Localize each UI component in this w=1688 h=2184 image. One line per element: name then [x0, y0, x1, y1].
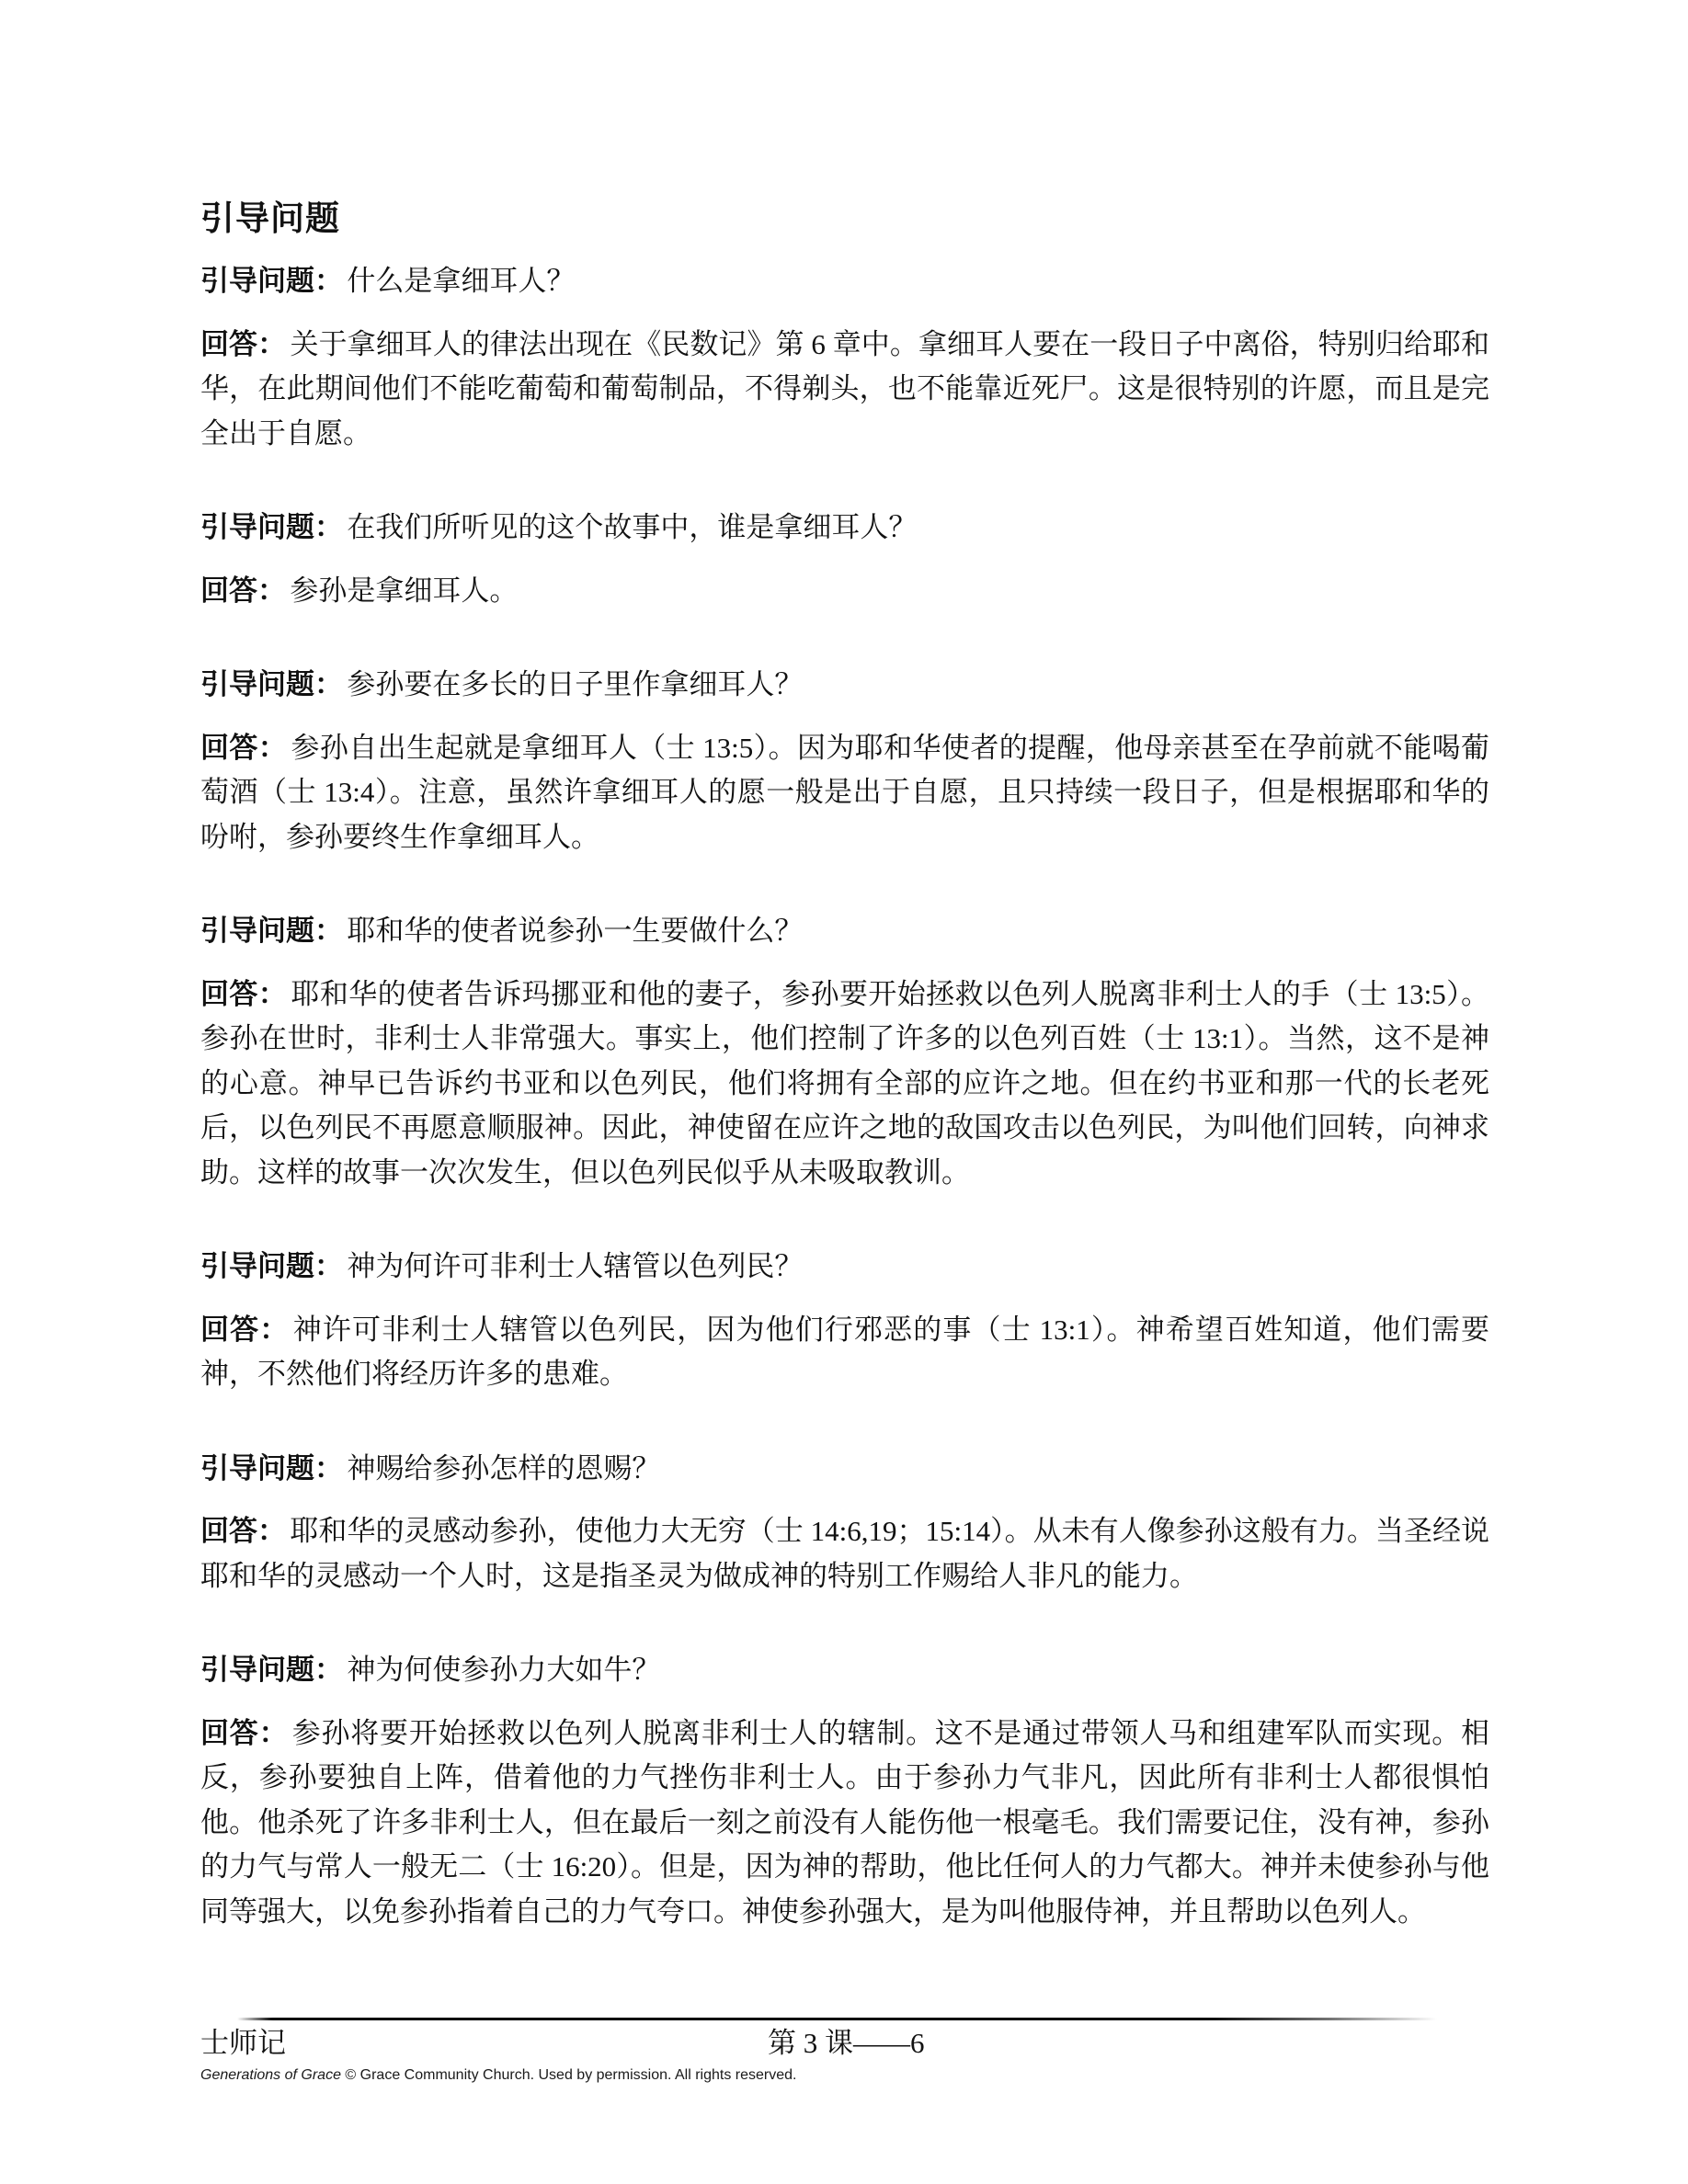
answer-text: 参孙将要开始拯救以色列人脱离非利士人的辖制。这不是通过带领人马和组建军队而实现。…: [200, 1717, 1489, 1928]
question-label: 引导问题：: [200, 668, 343, 700]
question-text: 在我们所听见的这个故事中，谁是拿细耳人？: [347, 511, 917, 543]
answer: 回答：耶和华的使者告诉玛挪亚和他的妻子，参孙要开始拯救以色列人脱离非利士人的手（…: [200, 973, 1489, 1196]
question-label: 引导问题：: [200, 915, 343, 947]
answer: 回答：参孙自出生起就是拿细耳人（士 13:5）。因为耶和华使者的提醒，他母亲甚至…: [200, 726, 1489, 860]
qa-block: 引导问题：神为何许可非利士人辖管以色列民？ 回答：神许可非利士人辖管以色列民，因…: [200, 1245, 1489, 1397]
page-title: 引导问题: [200, 195, 1489, 245]
answer-text: 耶和华的灵感动参孙，使他力大无穷（士 14:6,19；15:14）。从未有人像参…: [200, 1515, 1489, 1592]
question-label: 引导问题：: [200, 265, 343, 297]
qa-block: 引导问题：在我们所听见的这个故事中，谁是拿细耳人？ 回答：参孙是拿细耳人。: [200, 506, 1489, 613]
footer-page-number: 第 3 课——6: [768, 2023, 925, 2064]
answer-label: 回答：: [200, 574, 286, 607]
footer-divider: [237, 2018, 1437, 2020]
guiding-question: 引导问题：神赐给参孙怎样的恩赐？: [200, 1447, 1489, 1492]
qa-block: 引导问题：神为何使参孙力大如牛？ 回答：参孙将要开始拯救以色列人脱离非利士人的辖…: [200, 1648, 1489, 1934]
answer-label: 回答：: [200, 1515, 286, 1547]
qa-block: 引导问题：耶和华的使者说参孙一生要做什么？ 回答：耶和华的使者告诉玛挪亚和他的妻…: [200, 909, 1489, 1195]
footer: 士师记 第 3 课——6: [200, 2023, 1489, 2064]
question-text: 耶和华的使者说参孙一生要做什么？: [347, 915, 803, 947]
qa-block: 引导问题：参孙要在多长的日子里作拿细耳人？ 回答：参孙自出生起就是拿细耳人（士 …: [200, 663, 1489, 859]
question-label: 引导问题：: [200, 511, 343, 543]
guiding-question: 引导问题：神为何使参孙力大如牛？: [200, 1648, 1489, 1693]
question-text: 什么是拿细耳人？: [347, 265, 575, 297]
qa-block: 引导问题：什么是拿细耳人？ 回答：关于拿细耳人的律法出现在《民数记》第 6 章中…: [200, 259, 1489, 456]
answer: 回答：耶和华的灵感动参孙，使他力大无穷（士 14:6,19；15:14）。从未有…: [200, 1509, 1489, 1598]
answer-text: 耶和华的使者告诉玛挪亚和他的妻子，参孙要开始拯救以色列人脱离非利士人的手（士 1…: [200, 978, 1489, 1189]
answer-label: 回答：: [200, 1314, 289, 1346]
question-text: 神为何使参孙力大如牛？: [347, 1654, 660, 1686]
document-page: 引导问题 引导问题：什么是拿细耳人？ 回答：关于拿细耳人的律法出现在《民数记》第…: [0, 0, 1688, 2184]
answer-label: 回答：: [200, 978, 287, 1010]
copyright-line: Generations of Grace © Grace Community C…: [200, 2065, 797, 2086]
guiding-question: 引导问题：什么是拿细耳人？: [200, 259, 1489, 304]
guiding-question: 引导问题：耶和华的使者说参孙一生要做什么？: [200, 909, 1489, 954]
qa-block: 引导问题：神赐给参孙怎样的恩赐？ 回答：耶和华的灵感动参孙，使他力大无穷（士 1…: [200, 1447, 1489, 1599]
question-label: 引导问题：: [200, 1654, 343, 1686]
guiding-question: 引导问题：神为何许可非利士人辖管以色列民？: [200, 1245, 1489, 1290]
question-label: 引导问题：: [200, 1452, 343, 1484]
answer-label: 回答：: [200, 1717, 288, 1749]
copyright-series-name: Generations of Grace: [200, 2067, 341, 2083]
answer-text: 参孙自出生起就是拿细耳人（士 13:5）。因为耶和华使者的提醒，他母亲甚至在孕前…: [200, 732, 1489, 853]
answer-text: 参孙是拿细耳人。: [290, 574, 518, 607]
answer: 回答：神许可非利士人辖管以色列民，因为他们行邪恶的事（士 13:1）。神希望百姓…: [200, 1308, 1489, 1397]
answer: 回答：参孙将要开始拯救以色列人脱离非利士人的辖制。这不是通过带领人马和组建军队而…: [200, 1712, 1489, 1935]
guiding-question: 引导问题：参孙要在多长的日子里作拿细耳人？: [200, 663, 1489, 708]
question-text: 神赐给参孙怎样的恩赐？: [347, 1452, 660, 1484]
guiding-question: 引导问题：在我们所听见的这个故事中，谁是拿细耳人？: [200, 506, 1489, 551]
answer: 回答：关于拿细耳人的律法出现在《民数记》第 6 章中。拿细耳人要在一段日子中离俗…: [200, 323, 1489, 457]
answer-label: 回答：: [200, 732, 287, 764]
copyright-text: © Grace Community Church. Used by permis…: [345, 2067, 796, 2083]
question-label: 引导问题：: [200, 1250, 343, 1282]
answer-label: 回答：: [200, 328, 286, 360]
document-body: 引导问题 引导问题：什么是拿细耳人？ 回答：关于拿细耳人的律法出现在《民数记》第…: [200, 195, 1489, 1934]
footer-book-title: 士师记: [200, 2023, 286, 2064]
question-text: 神为何许可非利士人辖管以色列民？: [347, 1250, 803, 1282]
answer: 回答：参孙是拿细耳人。: [200, 569, 1489, 614]
answer-text: 关于拿细耳人的律法出现在《民数记》第 6 章中。拿细耳人要在一段日子中离俗，特别…: [200, 328, 1489, 449]
qa-list: 引导问题：什么是拿细耳人？ 回答：关于拿细耳人的律法出现在《民数记》第 6 章中…: [200, 259, 1489, 1934]
question-text: 参孙要在多长的日子里作拿细耳人？: [347, 668, 803, 700]
answer-text: 神许可非利士人辖管以色列民，因为他们行邪恶的事（士 13:1）。神希望百姓知道，…: [200, 1314, 1489, 1391]
